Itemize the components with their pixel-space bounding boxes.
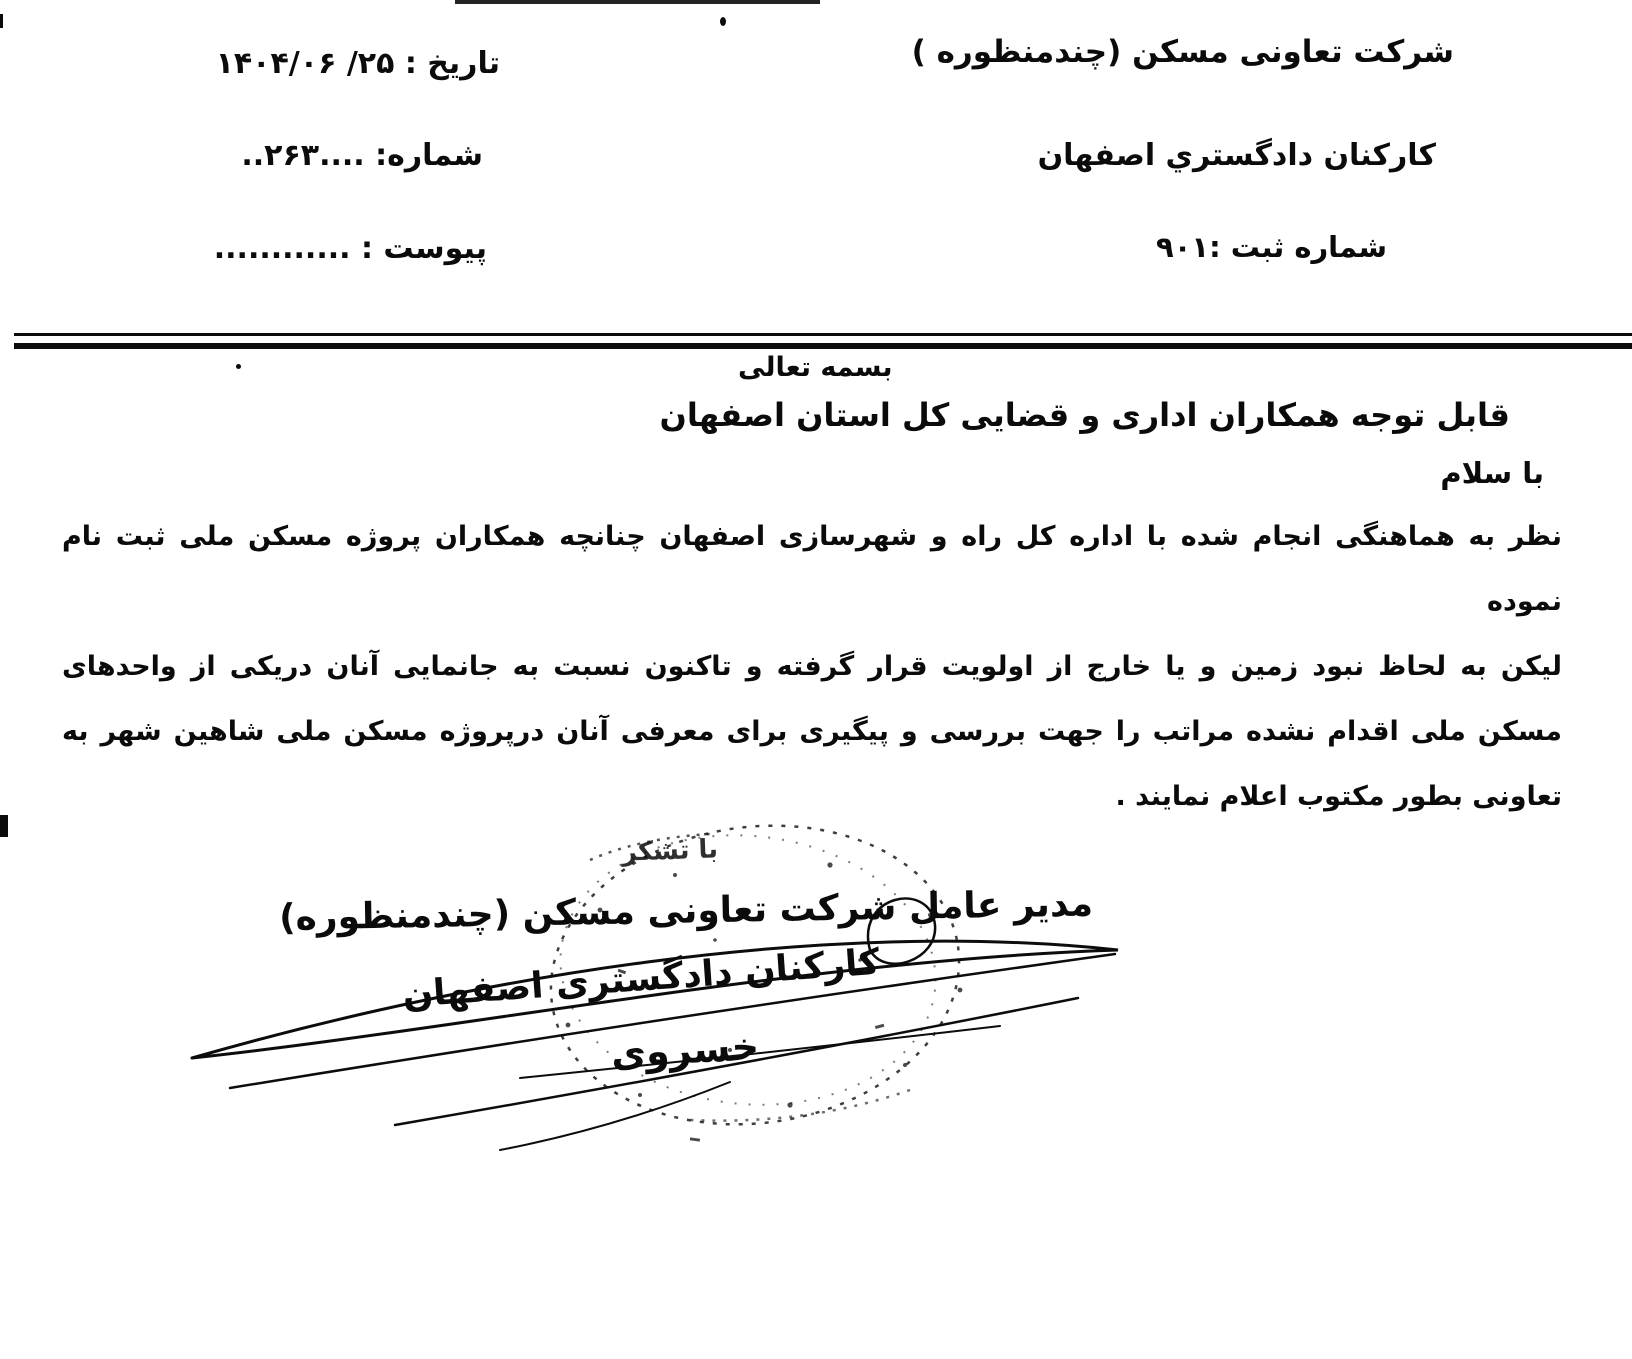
scan-artifact-left-edge [0, 14, 3, 28]
company-subtitle: کارکنان دادگستري اصفهان [1038, 138, 1436, 173]
letter-number-label: شماره: [375, 138, 483, 173]
subject-line: قابل توجه همکاران اداری و قضایی کل استان… [660, 396, 1510, 434]
body-line: نظر به هماهنگی انجام شده با اداره کل راه… [62, 504, 1562, 634]
signature-block: با تشکر مدیر عامل شرکت تعاونی مسکن (چندم… [170, 820, 1190, 1155]
registration-number-line: شماره ثبت :۹۰۱ [1156, 230, 1387, 264]
registration-label: شماره ثبت : [1209, 230, 1387, 264]
letter-number-value: ..۲۶۳.... [237, 138, 364, 173]
body-line: لیکن به لحاظ نبود زمین و یا خارج از اولو… [62, 634, 1562, 699]
header-divider-thick [14, 343, 1632, 349]
company-name: شرکت تعاونی مسکن (چندمنظوره ) [912, 34, 1454, 70]
salutation: با سلام [1440, 456, 1544, 490]
attachment-line: پیوست : ............ [210, 231, 487, 266]
attachment-label: پیوست : [361, 231, 487, 266]
date-label: تاریخ : [405, 46, 500, 81]
date-value: ۱۴۰۴/۰۶ /۲۵ [212, 46, 395, 81]
scan-speck [720, 17, 726, 26]
header-divider-thin [14, 333, 1632, 336]
letter-number-line: شماره: ..۲۶۳.... [237, 138, 483, 173]
scan-artifact-left-edge [0, 815, 8, 837]
date-line: تاریخ : ۱۴۰۴/۰۶ /۲۵ [212, 46, 500, 81]
besmele-invocation: بسمه تعالی [738, 352, 892, 383]
letter-body: نظر به هماهنگی انجام شده با اداره کل راه… [62, 504, 1562, 829]
attachment-value: ............ [210, 231, 351, 266]
scanned-letter-page: شرکت تعاونی مسکن (چندمنظوره ) کارکنان دا… [0, 0, 1632, 1359]
registration-value: ۹۰۱ [1156, 230, 1209, 264]
body-line: مسکن ملی اقدام نشده مراتب را جهت بررسی و… [62, 699, 1562, 764]
scan-artifact-top-strip [455, 0, 820, 4]
scan-speck [236, 364, 241, 369]
